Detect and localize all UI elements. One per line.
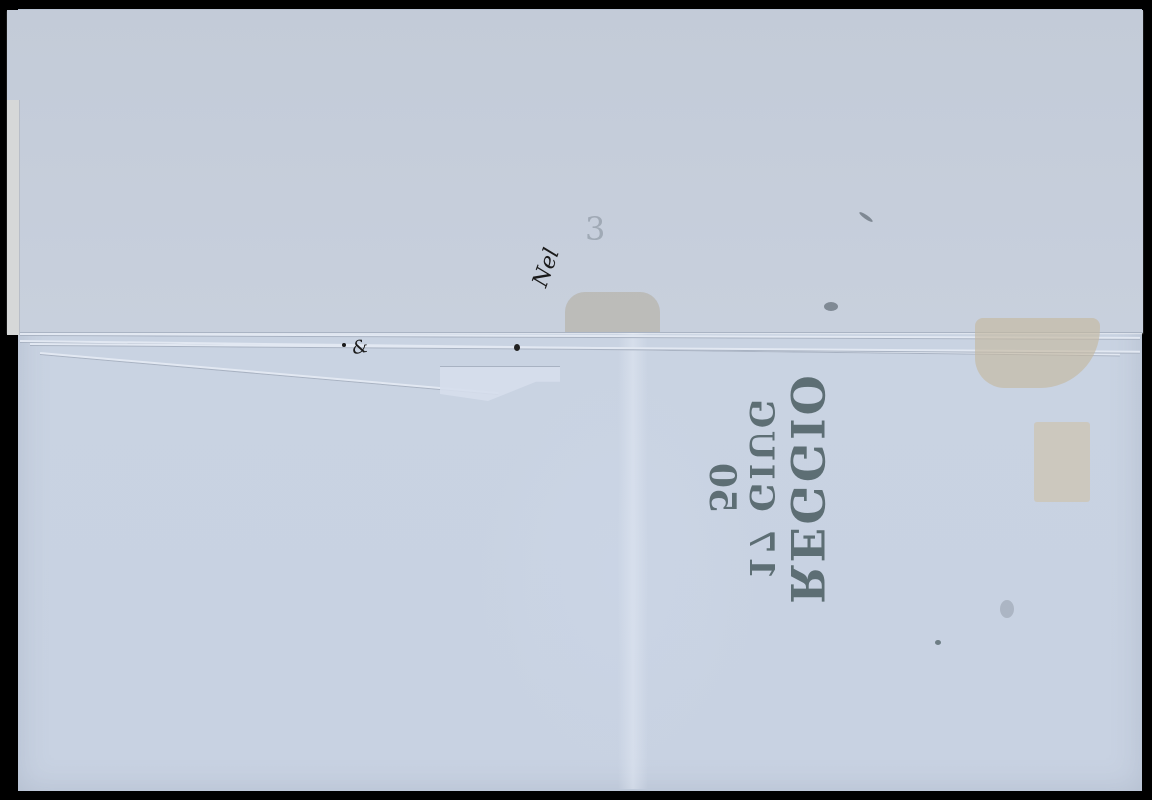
faint-smudge <box>1000 600 1014 618</box>
manuscript-mark: & <box>350 336 369 359</box>
ink-dot <box>342 343 346 347</box>
faint-pencil-mark: 3 <box>585 210 605 248</box>
postmark-date: 17 GIUG <box>744 358 778 618</box>
hinge-remnant <box>1034 422 1090 502</box>
postmark-year: 50 <box>704 358 740 618</box>
postmark-dot <box>935 640 941 645</box>
left-paper-edge <box>7 100 20 335</box>
top-fold-panel <box>7 10 1143 333</box>
ink-smudge <box>824 302 838 311</box>
reggio-postmark: REGGIO 17 GIUG 50 <box>680 358 830 618</box>
postmark-town: REGGIO <box>784 358 830 618</box>
seal-residue <box>565 292 660 332</box>
ink-spot <box>514 344 520 351</box>
